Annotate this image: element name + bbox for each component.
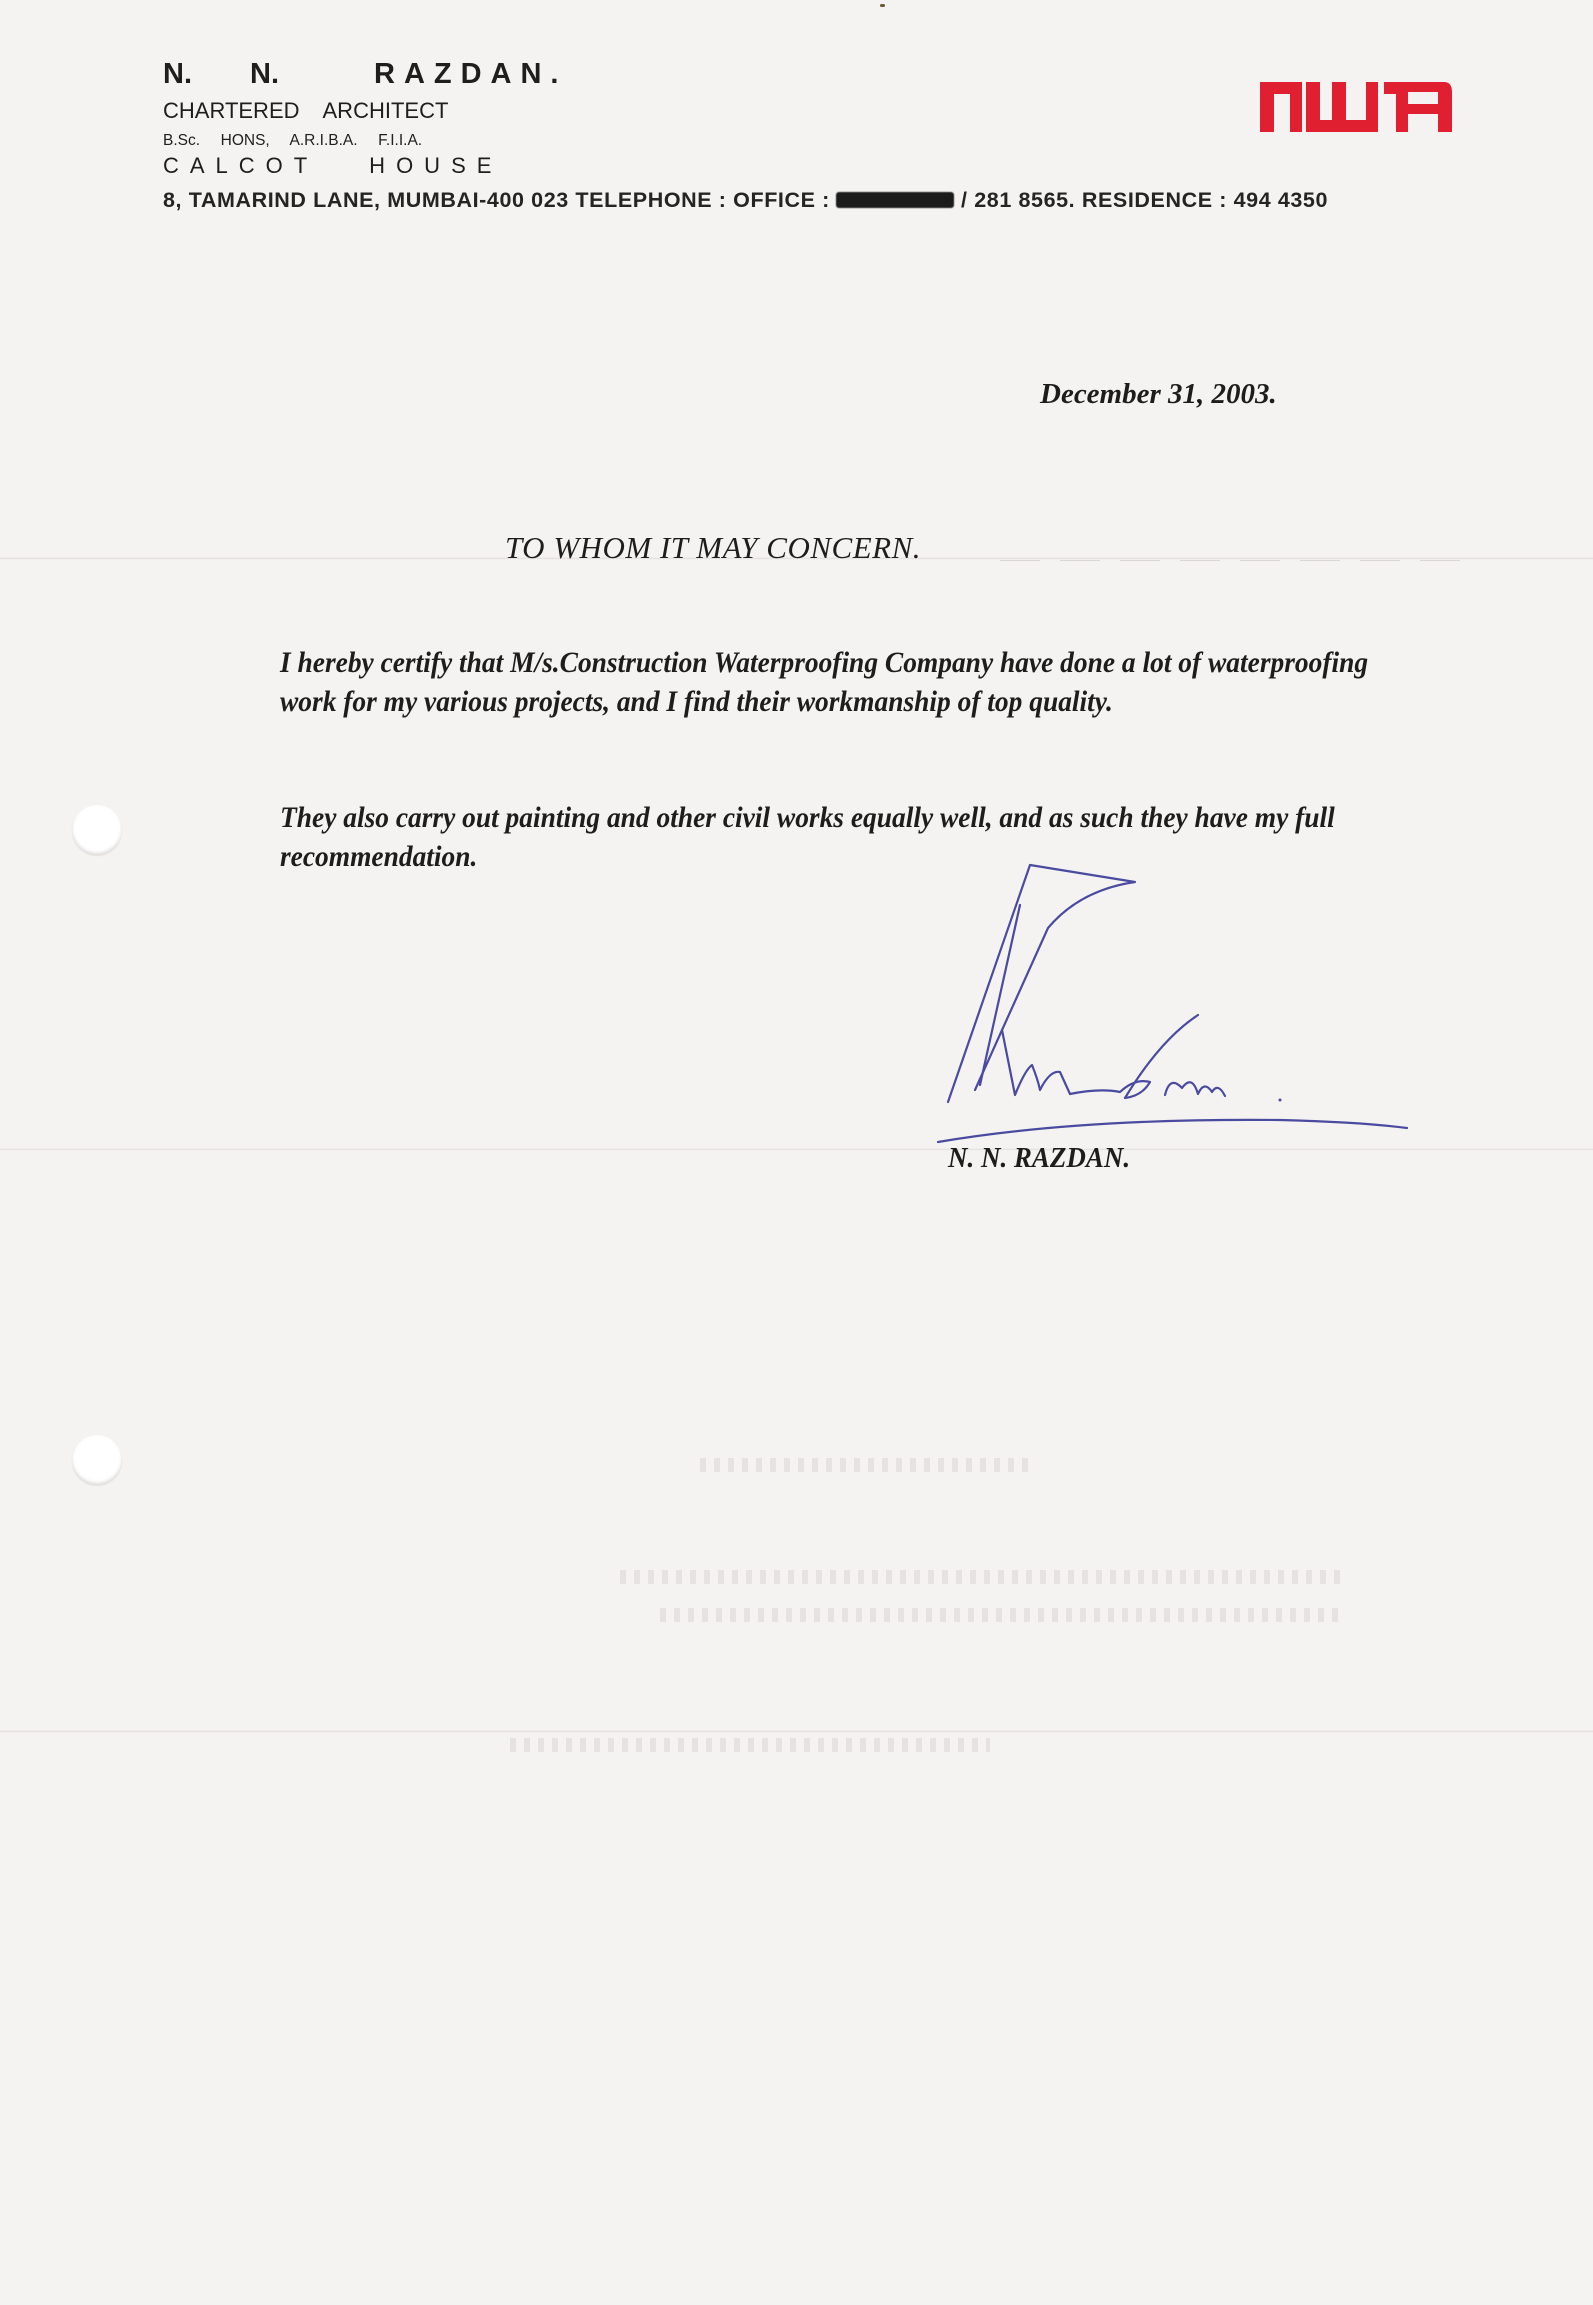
address-text: 8, TAMARIND LANE, MUMBAI-400 023 TELEPHO… <box>163 188 836 212</box>
paragraph-certification: I hereby certify that M/s.Construction W… <box>280 644 1396 721</box>
name-initial-1: N. <box>163 58 192 91</box>
name-surname: RAZDAN. <box>374 58 568 91</box>
bleed-through <box>620 1570 1340 1584</box>
letterhead-house: CALCOT HOUSE <box>163 153 502 179</box>
bleed-through <box>700 1458 1030 1472</box>
name-initial-2: N. <box>250 58 279 91</box>
fold-dash <box>1000 560 1480 561</box>
letter-heading: TO WHOM IT MAY CONCERN. <box>505 530 921 566</box>
signature-icon <box>920 850 1440 1150</box>
bleed-through <box>660 1608 1340 1622</box>
punch-hole <box>72 805 122 855</box>
letterhead-address: 8, TAMARIND LANE, MUMBAI-400 023 TELEPHO… <box>163 188 1328 213</box>
letterhead-name: N.N.RAZDAN. <box>163 58 568 91</box>
fold-line <box>0 1730 1593 1733</box>
nnr-logo-icon <box>1258 74 1454 134</box>
paper-background <box>0 0 1593 2305</box>
letterhead-title: CHARTERED ARCHITECT <box>163 98 448 124</box>
redacted-phone <box>836 192 954 208</box>
letter-date: December 31, 2003. <box>1040 378 1277 411</box>
phone-numbers: / 281 8565. RESIDENCE : 494 4350 <box>954 188 1328 212</box>
signatory-name: N. N. RAZDAN. <box>948 1142 1130 1175</box>
bleed-through <box>510 1738 990 1752</box>
letterhead-credentials: B.Sc. HONS, A.R.I.B.A. F.I.I.A. <box>163 132 422 150</box>
paper-speck <box>880 4 885 7</box>
punch-hole <box>72 1435 122 1485</box>
